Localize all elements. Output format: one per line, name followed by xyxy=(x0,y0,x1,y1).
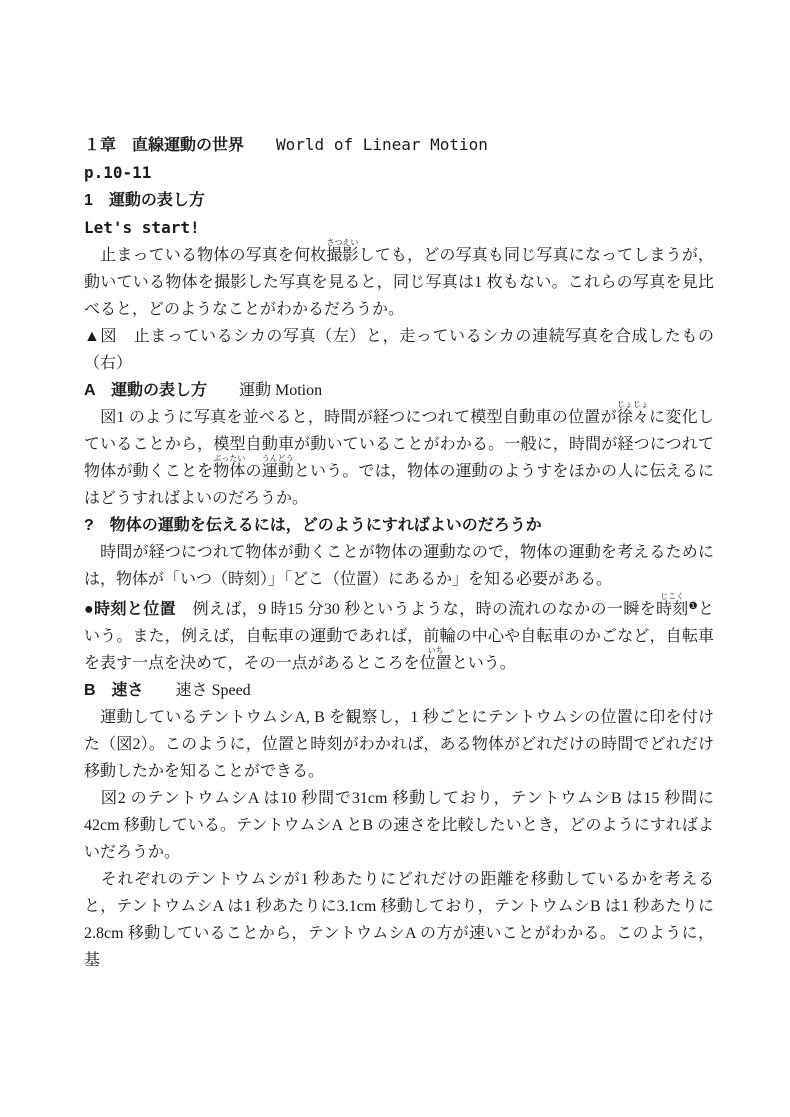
section-1-heading: 1 運動の表し方 xyxy=(84,187,714,214)
speed-paragraph-1: 運動しているテントウムシA, B を観察し，1 秒ごとにテントウムシの位置に印を… xyxy=(84,704,714,785)
ruby-annotated-text: 位置いち xyxy=(420,650,452,677)
speed-paragraph-2: 図2 のテントウムシA は10 秒間で31cm 移動しており，テントウムシB は… xyxy=(84,785,714,866)
ruby-annotated-text: 運動うんどう xyxy=(262,458,294,485)
lets-start-label: Let's start! xyxy=(84,214,714,242)
section-a-paragraph: 図1 のように写真を並べると，時間が経つにつれて模型自動車の位置が徐々じょじょに… xyxy=(84,404,714,512)
question-heading: ? 物体の運動を伝えるには，どのようにすればよいのだろうか xyxy=(84,512,714,539)
section-b-heading: B 速さ 速さ Speed xyxy=(84,677,714,704)
speed-paragraph-3: それぞれのテントウムシが1 秒あたりにどれだけの距離を移動しているかを考えると，… xyxy=(84,866,714,974)
footnote-marker: ❶ xyxy=(688,601,698,612)
ruby-annotated-text: 撮影さつえい xyxy=(326,242,358,269)
ruby-annotated-text: 徐々じょじょ xyxy=(617,404,649,431)
figure-caption: ▲図 止まっているシカの写真（左）と，走っているシカの連続写真を合成したもの（右… xyxy=(84,323,714,377)
chapter-heading: １章 直線運動の世界 World of Linear Motion xyxy=(84,131,714,159)
ruby-annotated-text: 時刻じこく xyxy=(656,596,688,623)
ruby-annotated-text: 物体ぶったい xyxy=(213,458,245,485)
question-paragraph: 時間が経つにつれて物体が動くことが物体の運動なので，物体の運動を考えるためには，… xyxy=(84,539,714,593)
document-page: １章 直線運動の世界 World of Linear Motion p.10-1… xyxy=(0,0,790,1117)
intro-paragraph: 止まっている物体の写真を何枚撮影さつえいしても，どの写真も同じ写真になってしまう… xyxy=(84,242,714,323)
time-position-paragraph: ●時刻と位置 例えば，9 時15 分30 秒というような，時の流れのなかの一瞬を… xyxy=(84,593,714,677)
page-reference: p.10-11 xyxy=(84,159,714,187)
